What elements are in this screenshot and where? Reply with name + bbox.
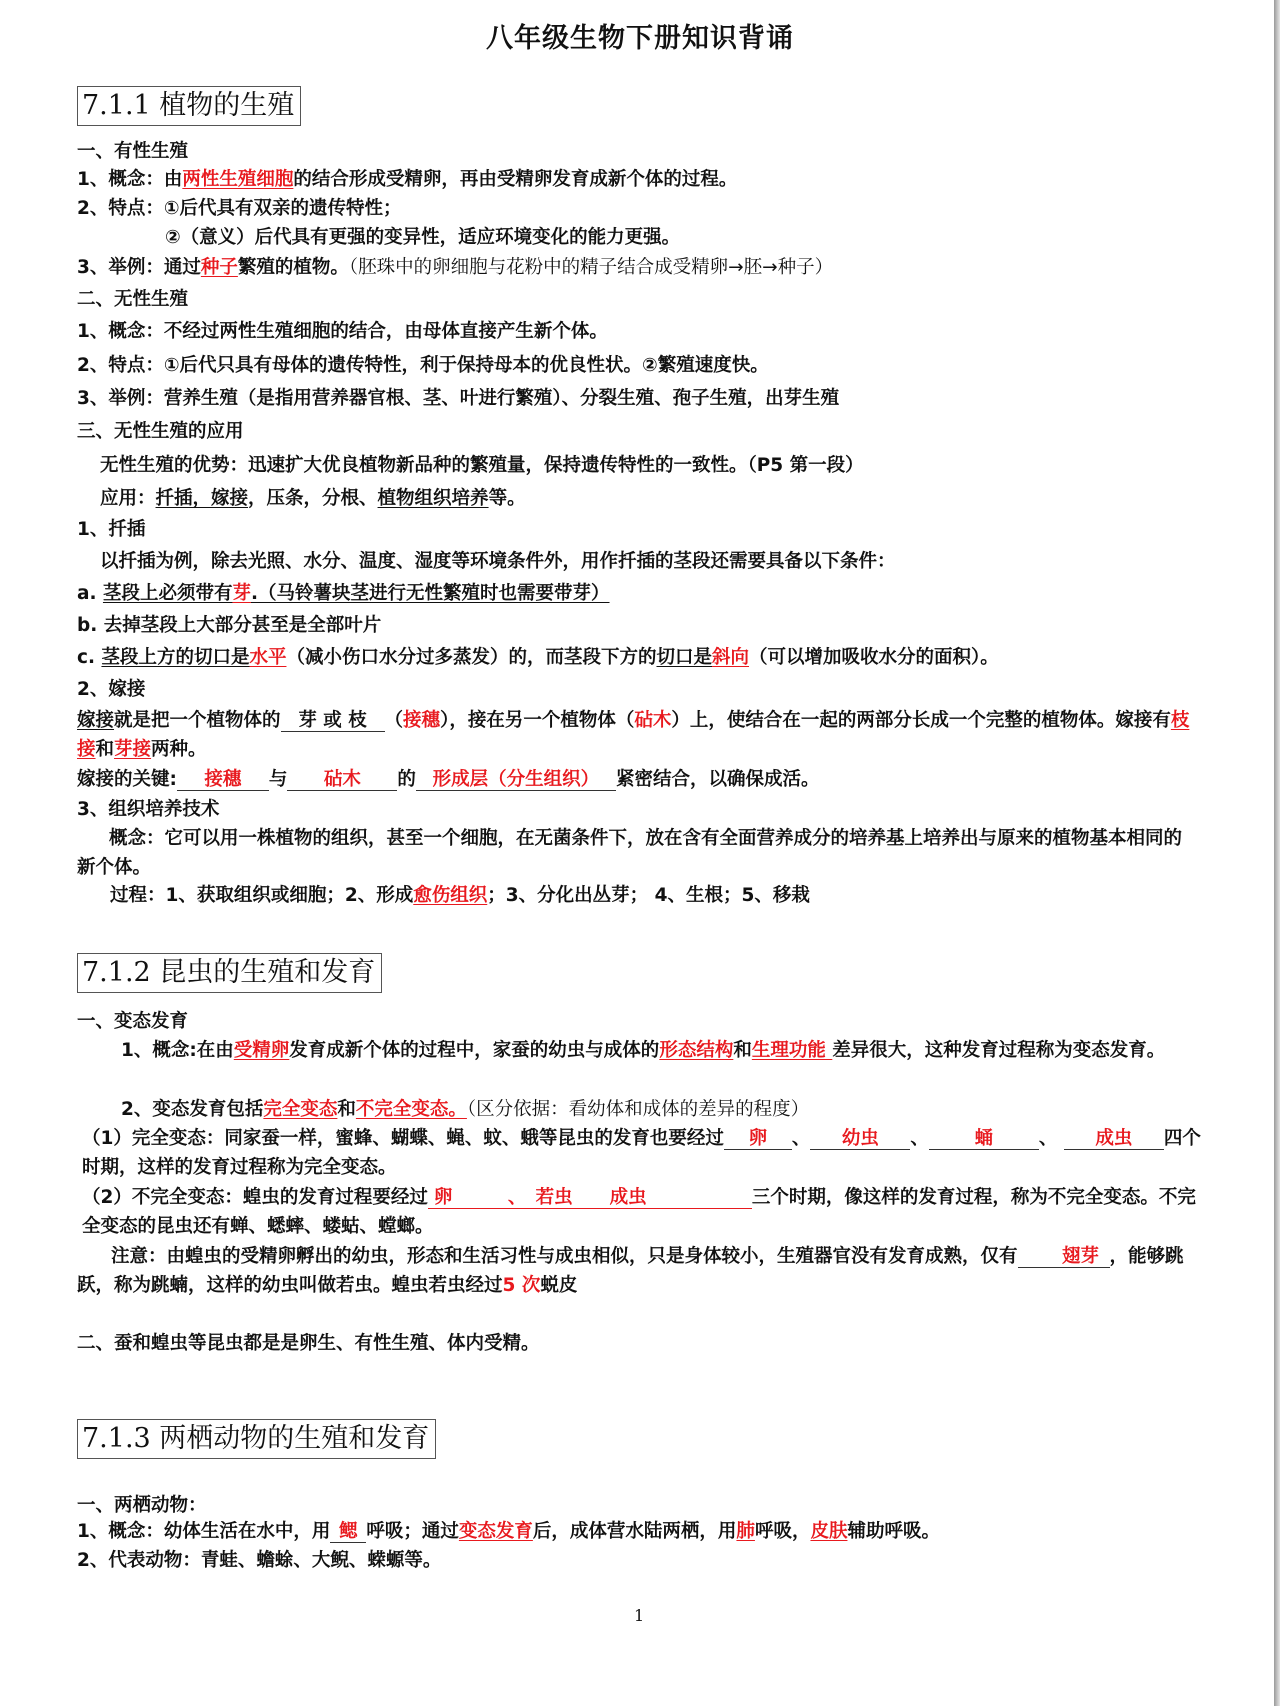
page-number: 1 [634,1606,644,1625]
nymph-note: 注意：由蝗虫的受精卵孵出的幼虫，形态和生活习性与成虫相似，只是身体较小，生殖器官… [77,1242,1199,1300]
subheading-amphibians: 一、两栖动物： [77,1494,207,1518]
section-heading-7-1-2: 7.1.2 昆虫的生殖和发育 [77,953,382,993]
sexual-feature-line-1: 2、特点：①后代具有双亲的遗传特性； [77,197,402,221]
asexual-feature-line: 2、特点：①后代只具有母体的遗传特性，利于保持母本的优良性状。②繁殖速度快。 [77,354,769,378]
subheading-asexual-reproduction: 二、无性生殖 [77,288,188,312]
subheading-asexual-application: 三、无性生殖的应用 [77,420,244,444]
cutting-condition-b: b. 去掉茎段上大部分甚至是全部叶片 [77,614,381,638]
tissue-culture-concept: 概念：它可以用一株植物的组织，甚至一个细胞，在无菌条件下，放在含有全面营养成分的… [77,824,1199,882]
cutting-intro: 以扦插为例，除去光照、水分、温度、湿度等环境条件外，用作扦插的茎段还需要具备以下… [100,550,896,574]
grafting-title: 2、嫁接 [77,678,145,702]
metamorphosis-types: 2、变态发育包括完全变态和不完全变态。（区分依据：看幼体和成体的差异的程度） [121,1098,809,1122]
sexual-feature-line-2: ②（意义）后代具有更强的变异性，适应环境变化的能力更强。 [165,226,680,250]
tissue-culture-title: 3、组织培养技术 [77,798,219,822]
amphibian-examples: 2、代表动物：青蛙、蟾蜍、大鲵、蝾螈等。 [77,1549,441,1573]
amphibian-concept: 1、概念：幼体生活在水中，用鳃呼吸；通过变态发育后，成体营水陆两栖，用肺呼吸，皮… [77,1520,940,1544]
subheading-sexual-reproduction: 一、有性生殖 [77,140,188,164]
incomplete-metamorphosis: （2）不完全变态：蝗虫的发育过程要经过卵 、 若虫 成虫三个时期，像这样的发育过… [82,1183,1204,1241]
cutting-condition-a: a. 茎段上必须带有芽.（马铃薯块茎进行无性繁殖时也需要带芽） [77,582,610,606]
cutting-title: 1、扦插 [77,518,145,542]
asexual-advantage-line: 无性生殖的优势：迅速扩大优良植物新品种的繁殖量，保持遗传特性的一致性。（P5 第… [100,454,864,478]
grafting-definition: 嫁接就是把一个植物体的芽 或 枝（接穗），接在另一个植物体（砧木）上，使结合在一… [77,706,1199,764]
section-heading-7-1-1: 7.1.1 植物的生殖 [77,86,301,126]
sexual-example-line: 3、举例：通过种子繁殖的植物。（胚珠中的卵细胞与花粉中的精子结合成受精卵→胚→种… [77,256,833,280]
section-heading-7-1-3: 7.1.3 两栖动物的生殖和发育 [77,1419,436,1459]
application-line: 应用：扦插，嫁接，压条，分根、植物组织培养等。 [100,487,526,511]
cutting-condition-c: c. 茎段上方的切口是水平（减小伤口水分过多蒸发）的，而茎段下方的切口是斜向（可… [77,646,999,670]
page-edge-shadow [1274,0,1280,1706]
sexual-concept-line: 1、概念：由两性生殖细胞的结合形成受精卵，再由受精卵发育成新个体的过程。 [77,168,737,192]
complete-metamorphosis: （1）完全变态：同家蚕一样，蜜蜂、蝴蝶、蝇、蚊、蛾等昆虫的发育也要经过卵、幼虫、… [82,1124,1204,1182]
asexual-example-line: 3、举例：营养生殖（是指用营养器官根、茎、叶进行繁殖）、分裂生殖、孢子生殖，出芽… [77,387,839,411]
insect-reproduction-summary: 二、蚕和蝗虫等昆虫都是是卵生、有性生殖、体内受精。 [77,1332,540,1356]
metamorphosis-concept: 1、概念:在由受精卵发育成新个体的过程中，家蚕的幼虫与成体的形态结构和生理功能 … [77,1036,1199,1065]
asexual-concept-line: 1、概念：不经过两性生殖细胞的结合，由母体直接产生新个体。 [77,320,608,344]
subheading-metamorphosis: 一、变态发育 [77,1010,188,1034]
tissue-culture-process: 过程：1、获取组织或细胞；2、形成愈伤组织；3、分化出丛芽； 4、生根；5、移栽 [110,884,810,908]
document-title: 八年级生物下册知识背诵 [0,16,1280,55]
grafting-key-line: 嫁接的关键:接穗与砧木的形成层（分生组织）紧密结合，以确保成活。 [77,768,819,792]
